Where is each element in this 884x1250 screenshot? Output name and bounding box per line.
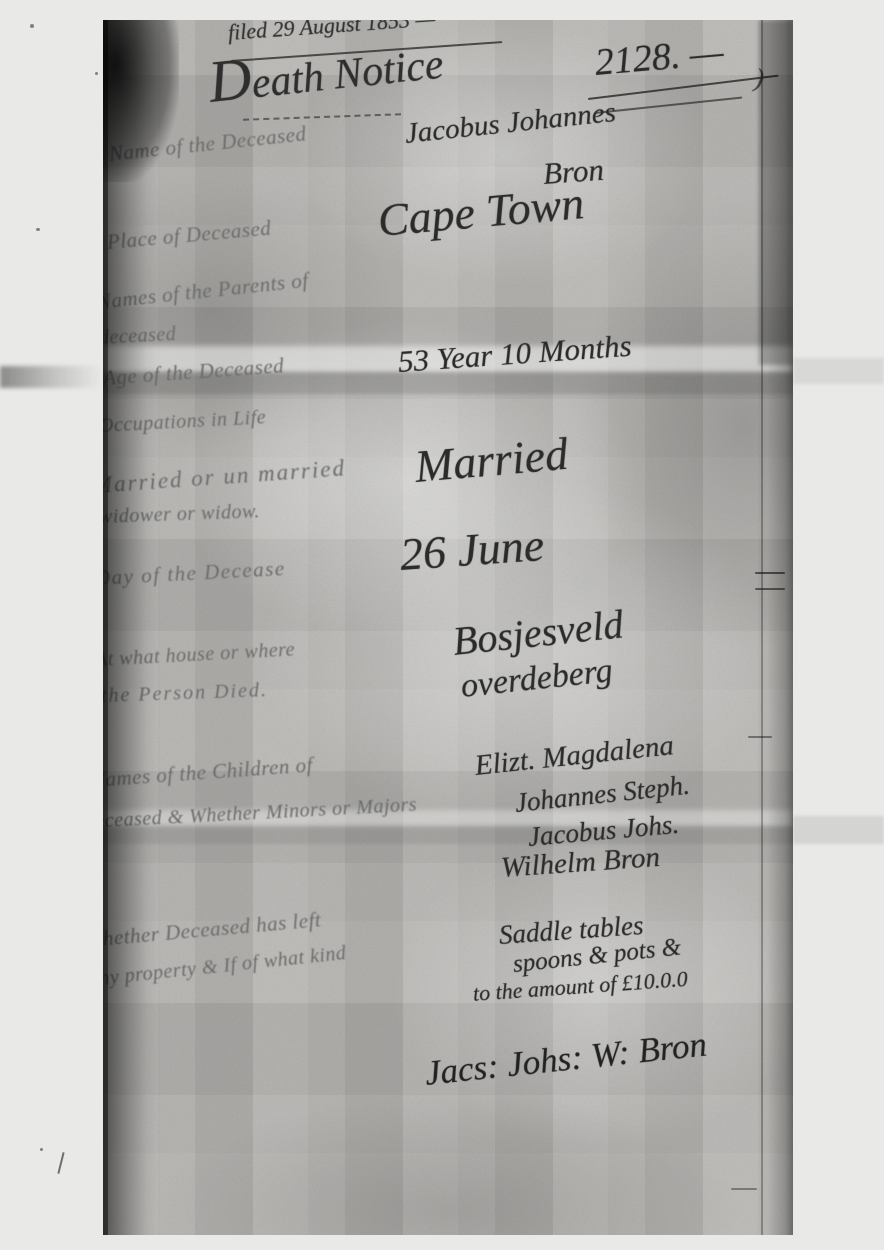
right-edge-tick-1: [755, 572, 785, 574]
left-margin-fold-smudge: [0, 366, 102, 388]
right-edge-tick-2: [755, 588, 785, 590]
right-edge-tick-3: [748, 736, 772, 738]
right-edge-tick-4: [731, 1188, 757, 1190]
margin-speck-1: [30, 24, 34, 28]
field-label-marital-line2: widower or widow.: [103, 501, 260, 527]
right-margin-fold-band-upper: [793, 358, 884, 384]
margin-speck-3: [36, 228, 40, 231]
scanned-page: filed 29 August 1853 — Death Notice 2128…: [103, 20, 793, 1235]
field-label-parents-line2: deceased: [103, 324, 177, 348]
screenshot-canvas: filed 29 August 1853 — Death Notice 2128…: [0, 0, 884, 1250]
margin-speck-2: [95, 72, 98, 75]
margin-stroke-mark: [57, 1152, 64, 1174]
margin-speck-4: [40, 1148, 43, 1151]
field-value-day-of-decease: 26 June: [398, 522, 545, 578]
right-margin-fold-band-lower: [793, 816, 884, 844]
